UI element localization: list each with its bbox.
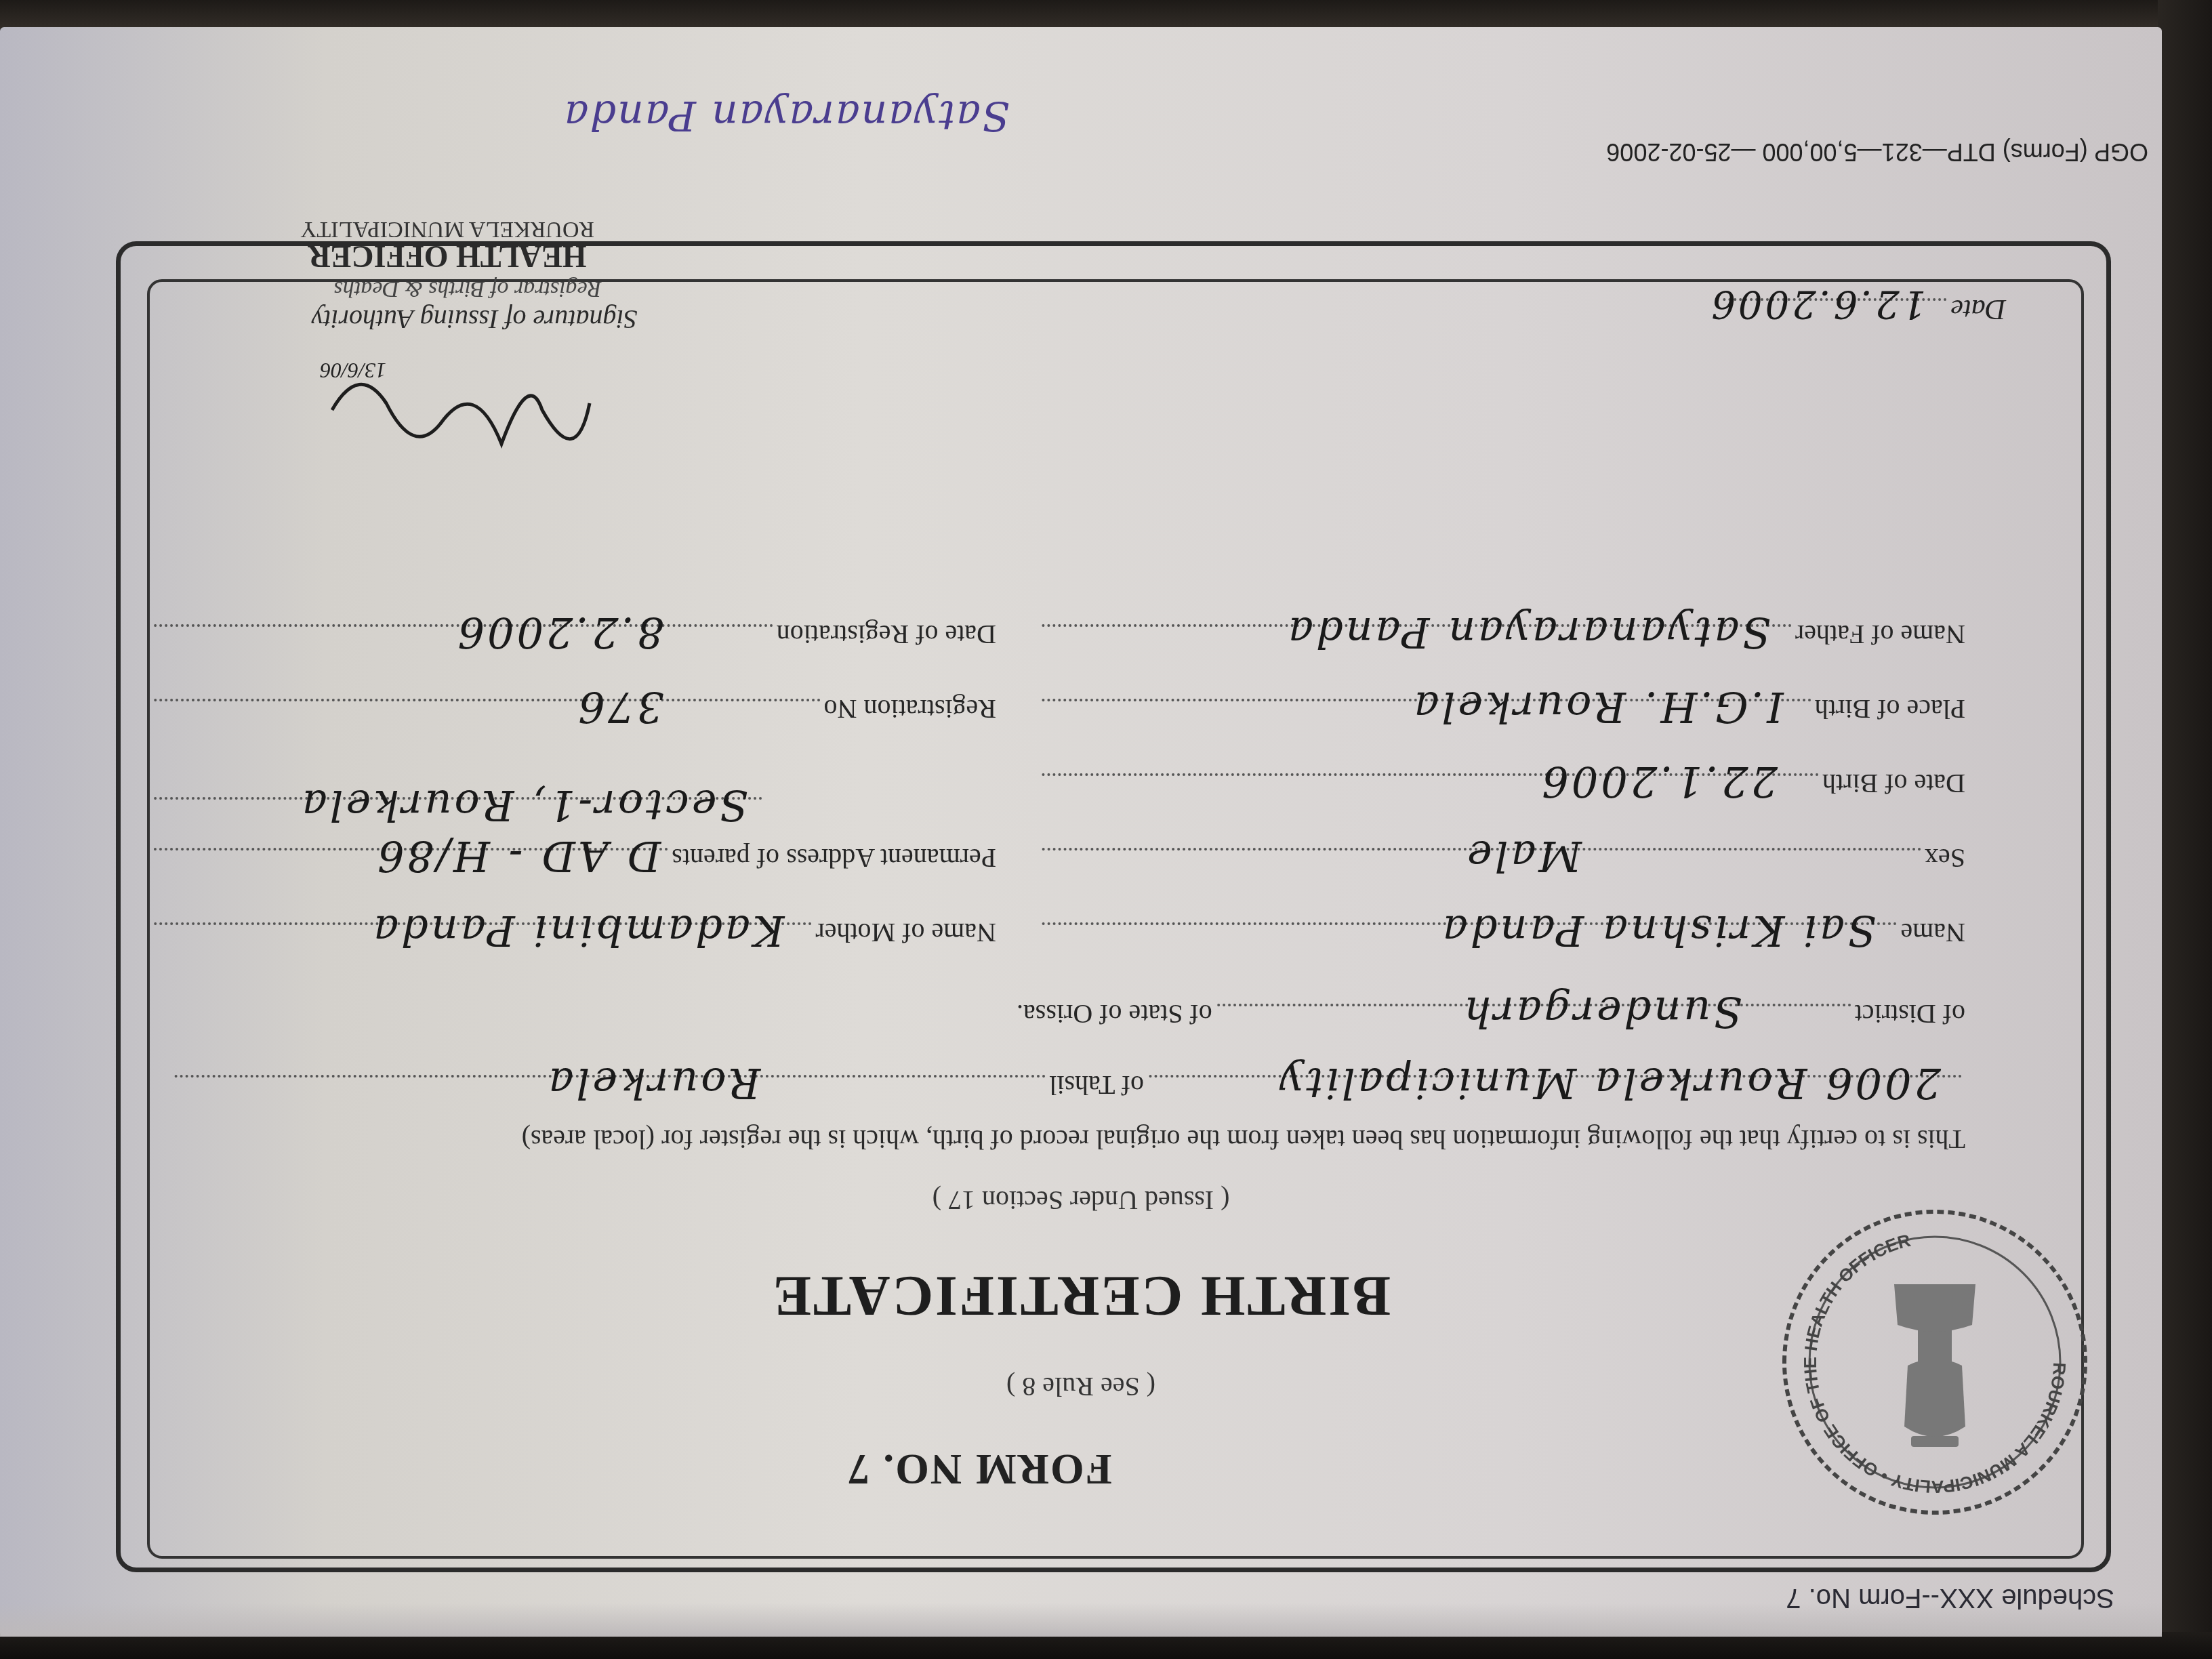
district-label: of District	[1855, 998, 1965, 1030]
dotted-line: Kadambini Panda	[153, 922, 811, 925]
form-number: FORM NO. 7	[0, 1444, 2162, 1494]
local-area-value: 2006 Rourkela Municipality	[1277, 1059, 1941, 1108]
sex-label: Sex	[1925, 842, 1965, 874]
birth-certificate-paper: Schedule XXX--Form No. 7 ROURKELA MUNICI…	[0, 27, 2162, 1637]
field-father: Name of Father Satyanarayan Panda	[1037, 619, 1965, 651]
registrar-label: Registrar of Births & Deaths	[230, 276, 705, 302]
father-value: Satyanarayan Panda	[1286, 608, 1771, 657]
certify-statement: This is to certify that the following in…	[142, 1124, 1965, 1155]
registration-no-label: Registration No	[824, 693, 996, 725]
registration-date-label: Date of Registration	[777, 619, 996, 651]
state-suffix: of State of Orissa.	[1017, 998, 1212, 1030]
dotted-line: D AD - H/86	[153, 848, 668, 851]
field-place-of-birth: Place of Birth I.G.H. Rourkela	[1037, 693, 1965, 725]
address-label: Permanent Address of parents	[672, 842, 996, 874]
see-rule: ( See Rule 8 )	[0, 1371, 2162, 1403]
date-label: Date	[1950, 293, 2006, 325]
name-value: Sai Krishna Panda	[1440, 906, 1877, 956]
mother-value: Kadambini Panda	[371, 906, 784, 956]
field-name: Name Sai Krishna Panda	[1037, 917, 1965, 949]
health-officer-label: HEALTH OFFICER	[244, 239, 651, 274]
field-registration-date: Date of Registration 8.2.2006	[149, 619, 996, 651]
print-footer: OGP (Forms) DTP—321—5,00,000 —25-02-2006	[1606, 138, 2148, 166]
dotted-line: Male	[1041, 848, 1921, 851]
dob-label: Date of Birth	[1822, 768, 1965, 800]
signature-of-issuing-authority: Signature of Issuing Authority	[271, 304, 678, 335]
place-of-birth-label: Place of Birth	[1815, 693, 1965, 725]
dotted-line: 12.6.2006	[1723, 298, 1946, 301]
field-dob: Date of Birth 22.1.2006	[1037, 768, 1965, 800]
dotted-line: Sector-1, Rourkela	[153, 797, 762, 800]
district-value: Sundergarh	[1461, 987, 1742, 1037]
blue-ink-signature: Satyanarayan Panda	[563, 91, 1010, 139]
registration-date-value: 8.2.2006	[455, 608, 664, 657]
issued-under: ( Issued Under Section 17 )	[0, 1185, 2162, 1216]
dotted-line: Sundergarh	[1216, 1004, 1851, 1006]
registration-no-value: 376	[575, 682, 663, 732]
signature-date-note: 13/6/06	[320, 358, 386, 383]
mother-label: Name of Mother	[815, 917, 996, 949]
field-registration-no: Registration No 376	[149, 693, 996, 725]
place-of-birth-value: I.G.H. Rourkela	[1411, 682, 1783, 732]
municipality-label: ROURKELA MUNICIPALITY	[244, 216, 651, 242]
dotted-line: Satyanarayan Panda	[1041, 624, 1791, 627]
father-label: Name of Father	[1795, 619, 1965, 651]
address-line-2: Sector-1, Rourkela	[300, 781, 748, 830]
name-label: Name	[1900, 917, 1965, 949]
tahsil-suffix: of Tahsil	[1049, 1069, 1144, 1101]
dotted-line: 376	[153, 699, 820, 701]
dotted-line: 22.1.2006	[1041, 773, 1818, 776]
field-district: of District Sundergarh of State of Oriss…	[1017, 998, 1965, 1030]
address-line-1: D AD - H/86	[375, 832, 661, 881]
field-mother: Name of Mother Kadambini Panda	[149, 917, 996, 949]
background-right	[2158, 0, 2212, 1659]
issue-date-field: Date 12.6.2006	[1719, 293, 2006, 325]
field-local-area: 2006 Rourkela Municipality of Tahsil Rou…	[169, 1069, 1965, 1101]
field-sex: Sex Male	[1037, 842, 1965, 874]
schedule-label: Schedule XXX--Form No. 7	[1786, 1582, 2114, 1613]
dotted-line: Rourkela	[173, 1075, 1045, 1078]
field-address-line-2: Sector-1, Rourkela	[149, 792, 766, 800]
sex-value: Male	[1465, 832, 1582, 881]
dob-value: 22.1.2006	[1539, 757, 1778, 806]
dotted-line: 8.2.2006	[153, 624, 773, 627]
dotted-line: 2006 Rourkela Municipality	[1148, 1075, 1961, 1078]
dotted-line: I.G.H. Rourkela	[1041, 699, 1811, 701]
issue-date-value: 12.6.2006	[1708, 282, 1926, 326]
field-address: Permanent Address of parents D AD - H/86	[149, 842, 996, 874]
tahsil-value: Rourkela	[546, 1059, 761, 1108]
certificate-title: BIRTH CERTIFICATE	[0, 1263, 2162, 1328]
dotted-line: Sai Krishna Panda	[1041, 922, 1896, 925]
